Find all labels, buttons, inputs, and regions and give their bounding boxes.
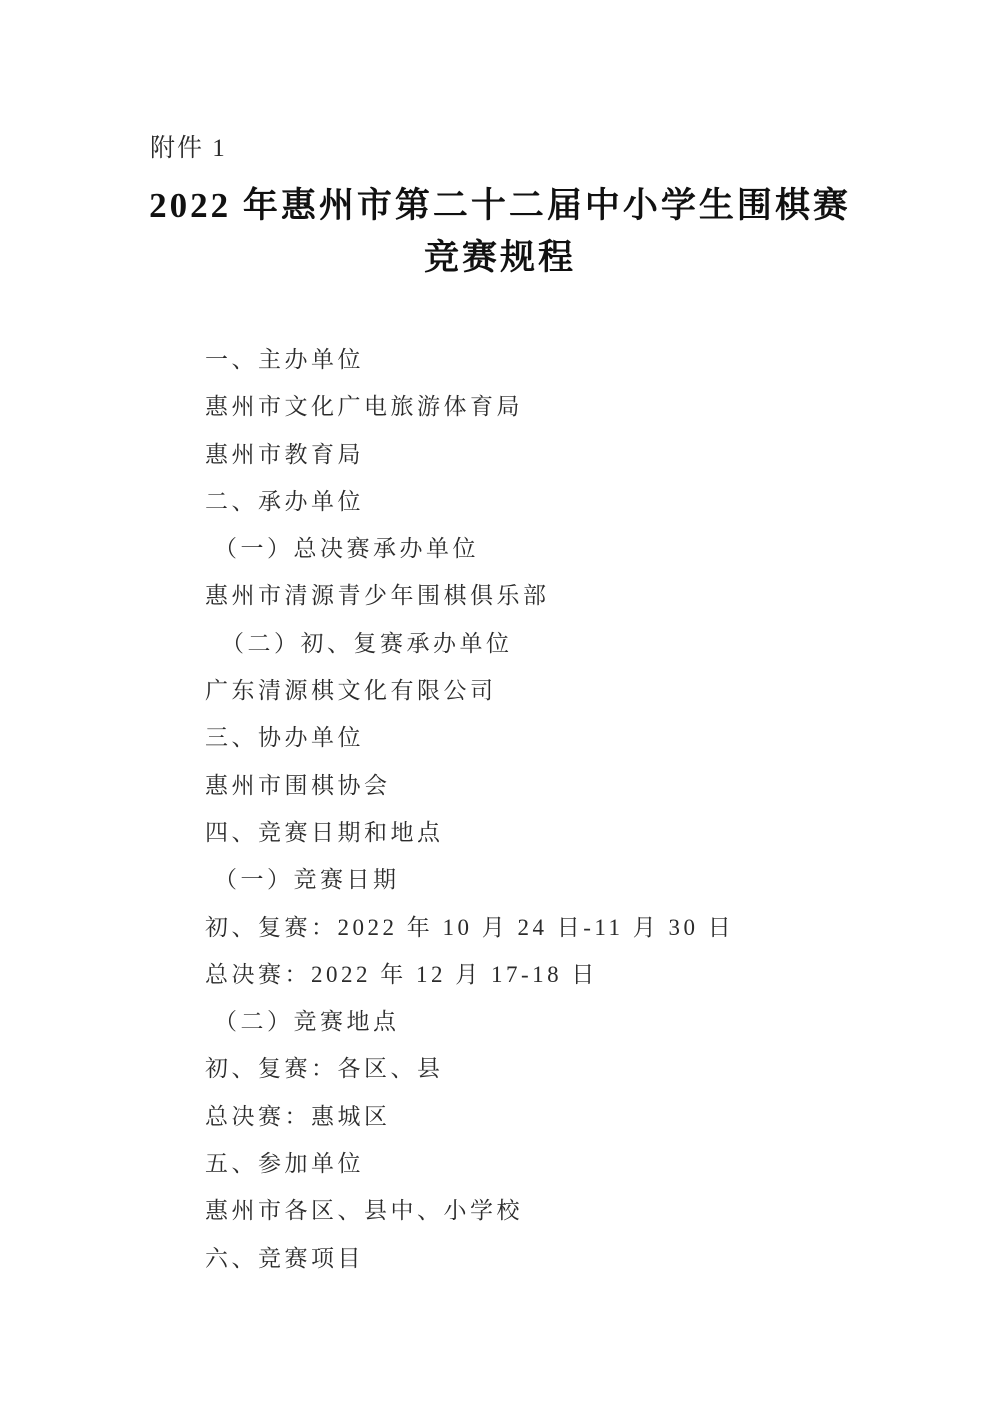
document-page: 附件 1 2022 年惠州市第二十二届中小学生围棋赛 竞赛规程 一、主办单位惠州… — [0, 0, 1000, 1414]
body-line: 总决赛：惠城区 — [205, 1093, 910, 1140]
body-line: 总决赛：2022 年 12 月 17-18 日 — [205, 951, 910, 998]
document-title-line1: 2022 年惠州市第二十二届中小学生围棋赛 — [0, 180, 1000, 232]
body-line: 惠州市清源青少年围棋俱乐部 — [205, 572, 910, 619]
body-line: 初、复赛：各区、县 — [205, 1045, 910, 1092]
body-line: 六、竞赛项目 — [205, 1235, 910, 1282]
document-title: 2022 年惠州市第二十二届中小学生围棋赛 竞赛规程 — [0, 180, 1000, 284]
body-line: 惠州市各区、县中、小学校 — [205, 1187, 910, 1234]
body-line: 惠州市文化广电旅游体育局 — [205, 383, 910, 430]
body-line: 二、承办单位 — [205, 478, 910, 525]
body-line: 初、复赛：2022 年 10 月 24 日-11 月 30 日 — [205, 904, 910, 951]
body-line: 惠州市教育局 — [205, 431, 910, 478]
body-line: 广东清源棋文化有限公司 — [205, 667, 910, 714]
body-line: 四、竞赛日期和地点 — [205, 809, 910, 856]
body-line: 五、参加单位 — [205, 1140, 910, 1187]
document-body: 一、主办单位惠州市文化广电旅游体育局惠州市教育局二、承办单位（一）总决赛承办单位… — [205, 336, 910, 1282]
body-line: 三、协办单位 — [205, 714, 910, 761]
document-title-line2: 竞赛规程 — [0, 232, 1000, 284]
body-line: （一）总决赛承办单位 — [205, 525, 910, 572]
attachment-label: 附件 1 — [150, 128, 227, 164]
body-line: 惠州市围棋协会 — [205, 762, 910, 809]
body-line: （二）初、复赛承办单位 — [205, 620, 910, 667]
body-line: 一、主办单位 — [205, 336, 910, 383]
body-line: （二）竞赛地点 — [205, 998, 910, 1045]
body-line: （一）竞赛日期 — [205, 856, 910, 903]
